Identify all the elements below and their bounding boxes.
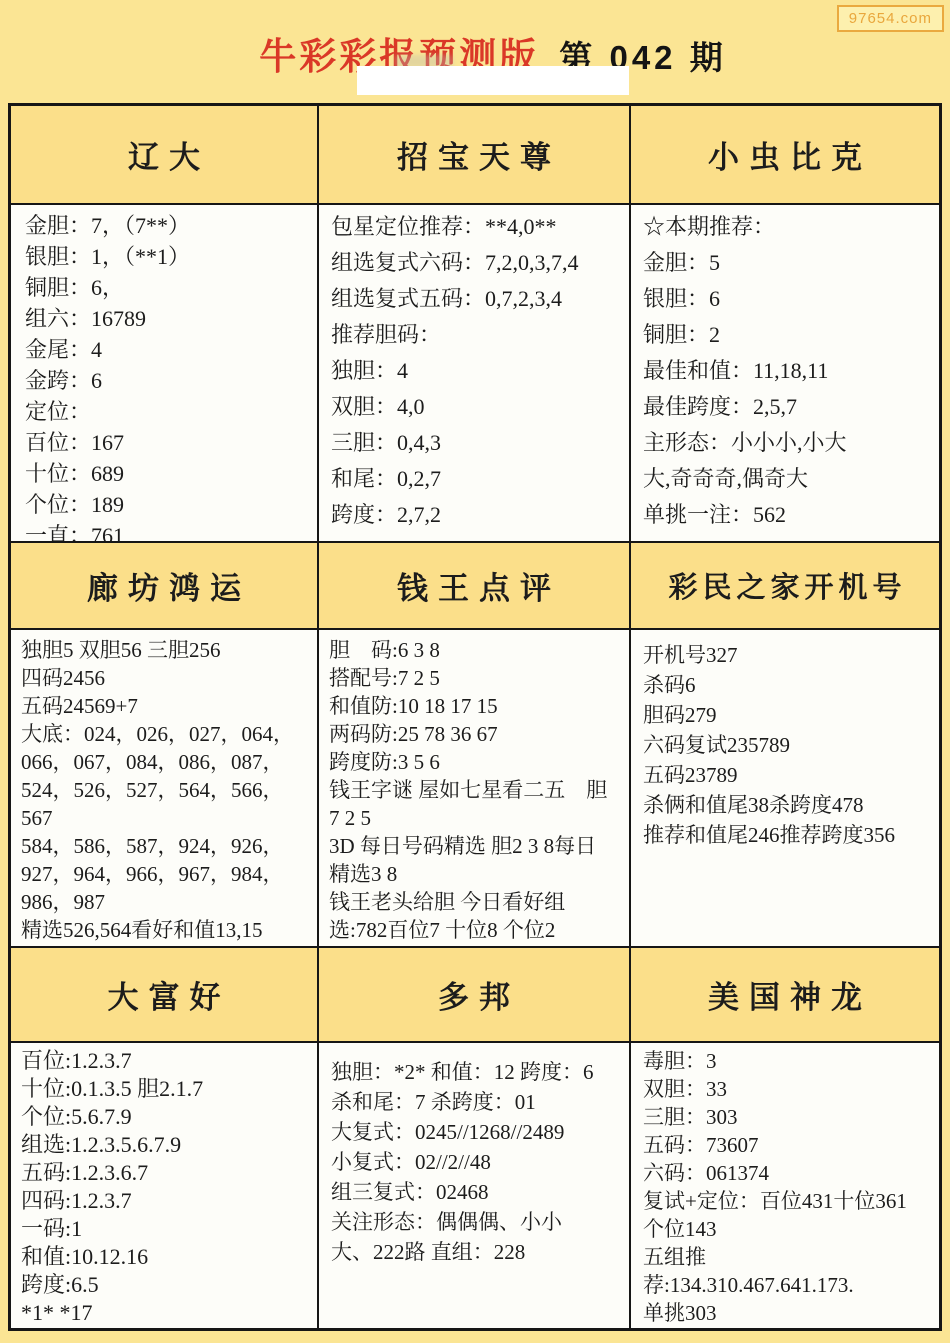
text-line: 六码：061374 [643, 1159, 937, 1187]
section-header-meiguo: 美国神龙 [631, 948, 939, 1041]
section-header-zhaobao: 招宝天尊 [319, 106, 629, 203]
text-line: 五码24569+7 [21, 692, 315, 720]
text-line: 六码复试235789 [643, 730, 937, 760]
text-line: 十位：689 [25, 458, 313, 489]
text-line: 杀码6 [643, 670, 937, 700]
text-line: 组选:1.2.3.5.6.7.9 [21, 1131, 315, 1159]
section-content-liaoda: 金胆：7，（7**）银胆：1，（**1）铜胆：6，组六：16789金尾：4金跨：… [11, 205, 317, 541]
text-line: 单挑303 [643, 1299, 937, 1327]
text-line: 金胆：7，（7**） [25, 210, 313, 241]
section-header-duobang: 多邦 [319, 948, 629, 1041]
text-line: 十位:0.1.3.5 胆2.1.7 [21, 1075, 315, 1103]
section-content-meiguo: 毒胆：3双胆：33三胆：303五码：73607六码：061374复试+定位：百位… [631, 1043, 939, 1328]
text-line: 个位:5.6.7.9 [21, 1103, 315, 1131]
text-line: 最佳跨度：2,5,7 [643, 389, 935, 425]
text-line: 两码防:25 78 36 67 [329, 720, 627, 748]
text-line: 3D 每日号码精选 胆2 3 8每日 [329, 832, 627, 860]
text-line: 五码：73607 [643, 1131, 937, 1159]
text-line: 066，067，084，086，087， [21, 748, 315, 776]
text-line: 独胆：*2* 和值：12 跨度：6 [331, 1057, 627, 1087]
section-content-dafuhao: 百位:1.2.3.7十位:0.1.3.5 胆2.1.7个位:5.6.7.9组选:… [11, 1043, 317, 1328]
text-line: 和尾：0,2,7 [331, 461, 625, 497]
text-line: 四码2456 [21, 664, 315, 692]
text-line: 组六：16789 [25, 303, 313, 334]
text-line: 杀和尾：7 杀跨度：01 [331, 1087, 627, 1117]
section-header-liaoda: 辽大 [11, 106, 317, 203]
text-line: 荐:134.310.467.641.173. [643, 1271, 937, 1299]
text-line: 毒胆：3 [643, 1047, 937, 1075]
text-line: 524，526，527，564，566， [21, 776, 315, 804]
text-line: ☆本期推荐： [643, 209, 935, 245]
text-line: 百位：167 [25, 427, 313, 458]
text-line: 四码:1.2.3.7 [21, 1187, 315, 1215]
section-content-qianwang: 胆 码:6 3 8搭配号:7 2 5和值防:10 18 17 15两码防:25 … [319, 630, 629, 946]
text-line: 跨度：2,7,2 [331, 497, 625, 533]
text-line: 复试+定位：百位431十位361 [643, 1187, 937, 1215]
section-content-duobang: 独胆：*2* 和值：12 跨度：6杀和尾：7 杀跨度：01大复式：0245//1… [319, 1043, 629, 1328]
text-line: 584，586，587，924，926， [21, 832, 315, 860]
section-header-dafuhao: 大富好 [11, 948, 317, 1041]
text-line: 个位：189 [25, 489, 313, 520]
text-line: 大、222路 直组：228 [331, 1237, 627, 1267]
text-line: 一码:1 [21, 1215, 315, 1243]
text-line: 金跨：6 [25, 365, 313, 396]
text-line: 推荐和值尾246推荐跨度356 [643, 820, 937, 850]
text-line: 选:782百位7 十位8 个位2 [329, 916, 627, 944]
text-line: 7 2 5 [329, 804, 627, 832]
text-line: 五组推 [643, 1243, 937, 1271]
text-line: 三胆：0,4,3 [331, 425, 625, 461]
section-header-langfang: 廊坊鸿运 [11, 543, 317, 628]
text-line: 单挑一注：562 [643, 497, 935, 533]
text-line: 铜胆：6， [25, 272, 313, 303]
text-line: 胆 码:6 3 8 [329, 636, 627, 664]
text-line: 一直：761 [25, 520, 313, 541]
text-line: 推荐胆码： [331, 317, 625, 353]
text-line: 和值:10.12.16 [21, 1243, 315, 1271]
text-line: 独胆：4 [331, 353, 625, 389]
text-line: 双胆：33 [643, 1075, 937, 1103]
text-line: 组选复式五码：0,7,2,3,4 [331, 281, 625, 317]
text-line: 567 [21, 804, 315, 832]
text-line: 搭配号:7 2 5 [329, 664, 627, 692]
text-line: 最佳和值：11,18,11 [643, 353, 935, 389]
text-line: 主形态：小小小,小大 [643, 425, 935, 461]
text-line: 五码23789 [643, 760, 937, 790]
text-line: 五码:1.2.3.6.7 [21, 1159, 315, 1187]
text-line: 铜胆：2 [643, 317, 935, 353]
text-line: 双胆：4,0 [331, 389, 625, 425]
section-content-caimin: 开机号327杀码6胆码279六码复试235789五码23789杀俩和值尾38杀跨… [631, 630, 939, 946]
text-line: 927，964，966，967，984， [21, 860, 315, 888]
text-line: 大底：024，026，027，064， [21, 720, 315, 748]
text-line: *1* *17 [21, 1299, 315, 1327]
text-line: 跨度防:3 5 6 [329, 748, 627, 776]
text-line: 大,奇奇奇,偶奇大 [643, 461, 935, 497]
text-line: 跨度:6.5 [21, 1271, 315, 1299]
text-line: 三胆：303 [643, 1103, 937, 1131]
text-line: 组三复式：02468 [331, 1177, 627, 1207]
prediction-table: 辽大 招宝天尊 小虫比克 金胆：7，（7**）银胆：1，（**1）铜胆：6，组六… [8, 103, 942, 1331]
text-line: 定位： [25, 396, 313, 427]
text-line: 百位:1.2.3.7 [21, 1047, 315, 1075]
section-header-xiaochong: 小虫比克 [631, 106, 939, 203]
text-line: 和值防:10 18 17 15 [329, 692, 627, 720]
text-line: 银胆：6 [643, 281, 935, 317]
section-content-langfang: 独胆5 双胆56 三胆256四码2456五码24569+7大底：024，026，… [11, 630, 317, 946]
text-line: 精选526,564看好和值13,15 [21, 916, 315, 944]
text-line: 杀俩和值尾38杀跨度478 [643, 790, 937, 820]
watermark-badge: 97654.com [837, 5, 944, 32]
text-line: 组选复式六码：7,2,0,3,7,4 [331, 245, 625, 281]
text-line: 小复式：02//2//48 [331, 1147, 627, 1177]
text-line: 钱王老头给胆 今日看好组 [329, 888, 627, 916]
text-line: 个位143 [643, 1215, 937, 1243]
masthead: 牛彩彩报预测版 第 042 期 97654.com [0, 0, 950, 103]
text-line: 银胆：1，（**1） [25, 241, 313, 272]
text-line: 胆码279 [643, 700, 937, 730]
text-line: 大复式：0245//1268//2489 [331, 1117, 627, 1147]
text-line: 钱王字谜 屋如七星看二五 胆 [329, 776, 627, 804]
text-line: 金尾：4 [25, 334, 313, 365]
text-line: 金胆：5 [643, 245, 935, 281]
text-line: 开机号327 [643, 640, 937, 670]
text-line: 独胆5 双胆56 三胆256 [21, 636, 315, 664]
text-line: 包星定位推荐：**4,0** [331, 209, 625, 245]
whiteout-box [357, 66, 629, 95]
section-header-caimin: 彩民之家开机号 [631, 543, 939, 628]
text-line: 精选3 8 [329, 860, 627, 888]
section-header-qianwang: 钱王点评 [319, 543, 629, 628]
text-line: 关注形态：偶偶偶、小小 [331, 1207, 627, 1237]
section-content-xiaochong: ☆本期推荐：金胆：5银胆：6铜胆：2最佳和值：11,18,11最佳跨度：2,5,… [631, 205, 939, 541]
section-content-zhaobao: 包星定位推荐：**4,0**组选复式六码：7,2,0,3,7,4组选复式五码：0… [319, 205, 629, 541]
text-line: 986，987 [21, 888, 315, 916]
